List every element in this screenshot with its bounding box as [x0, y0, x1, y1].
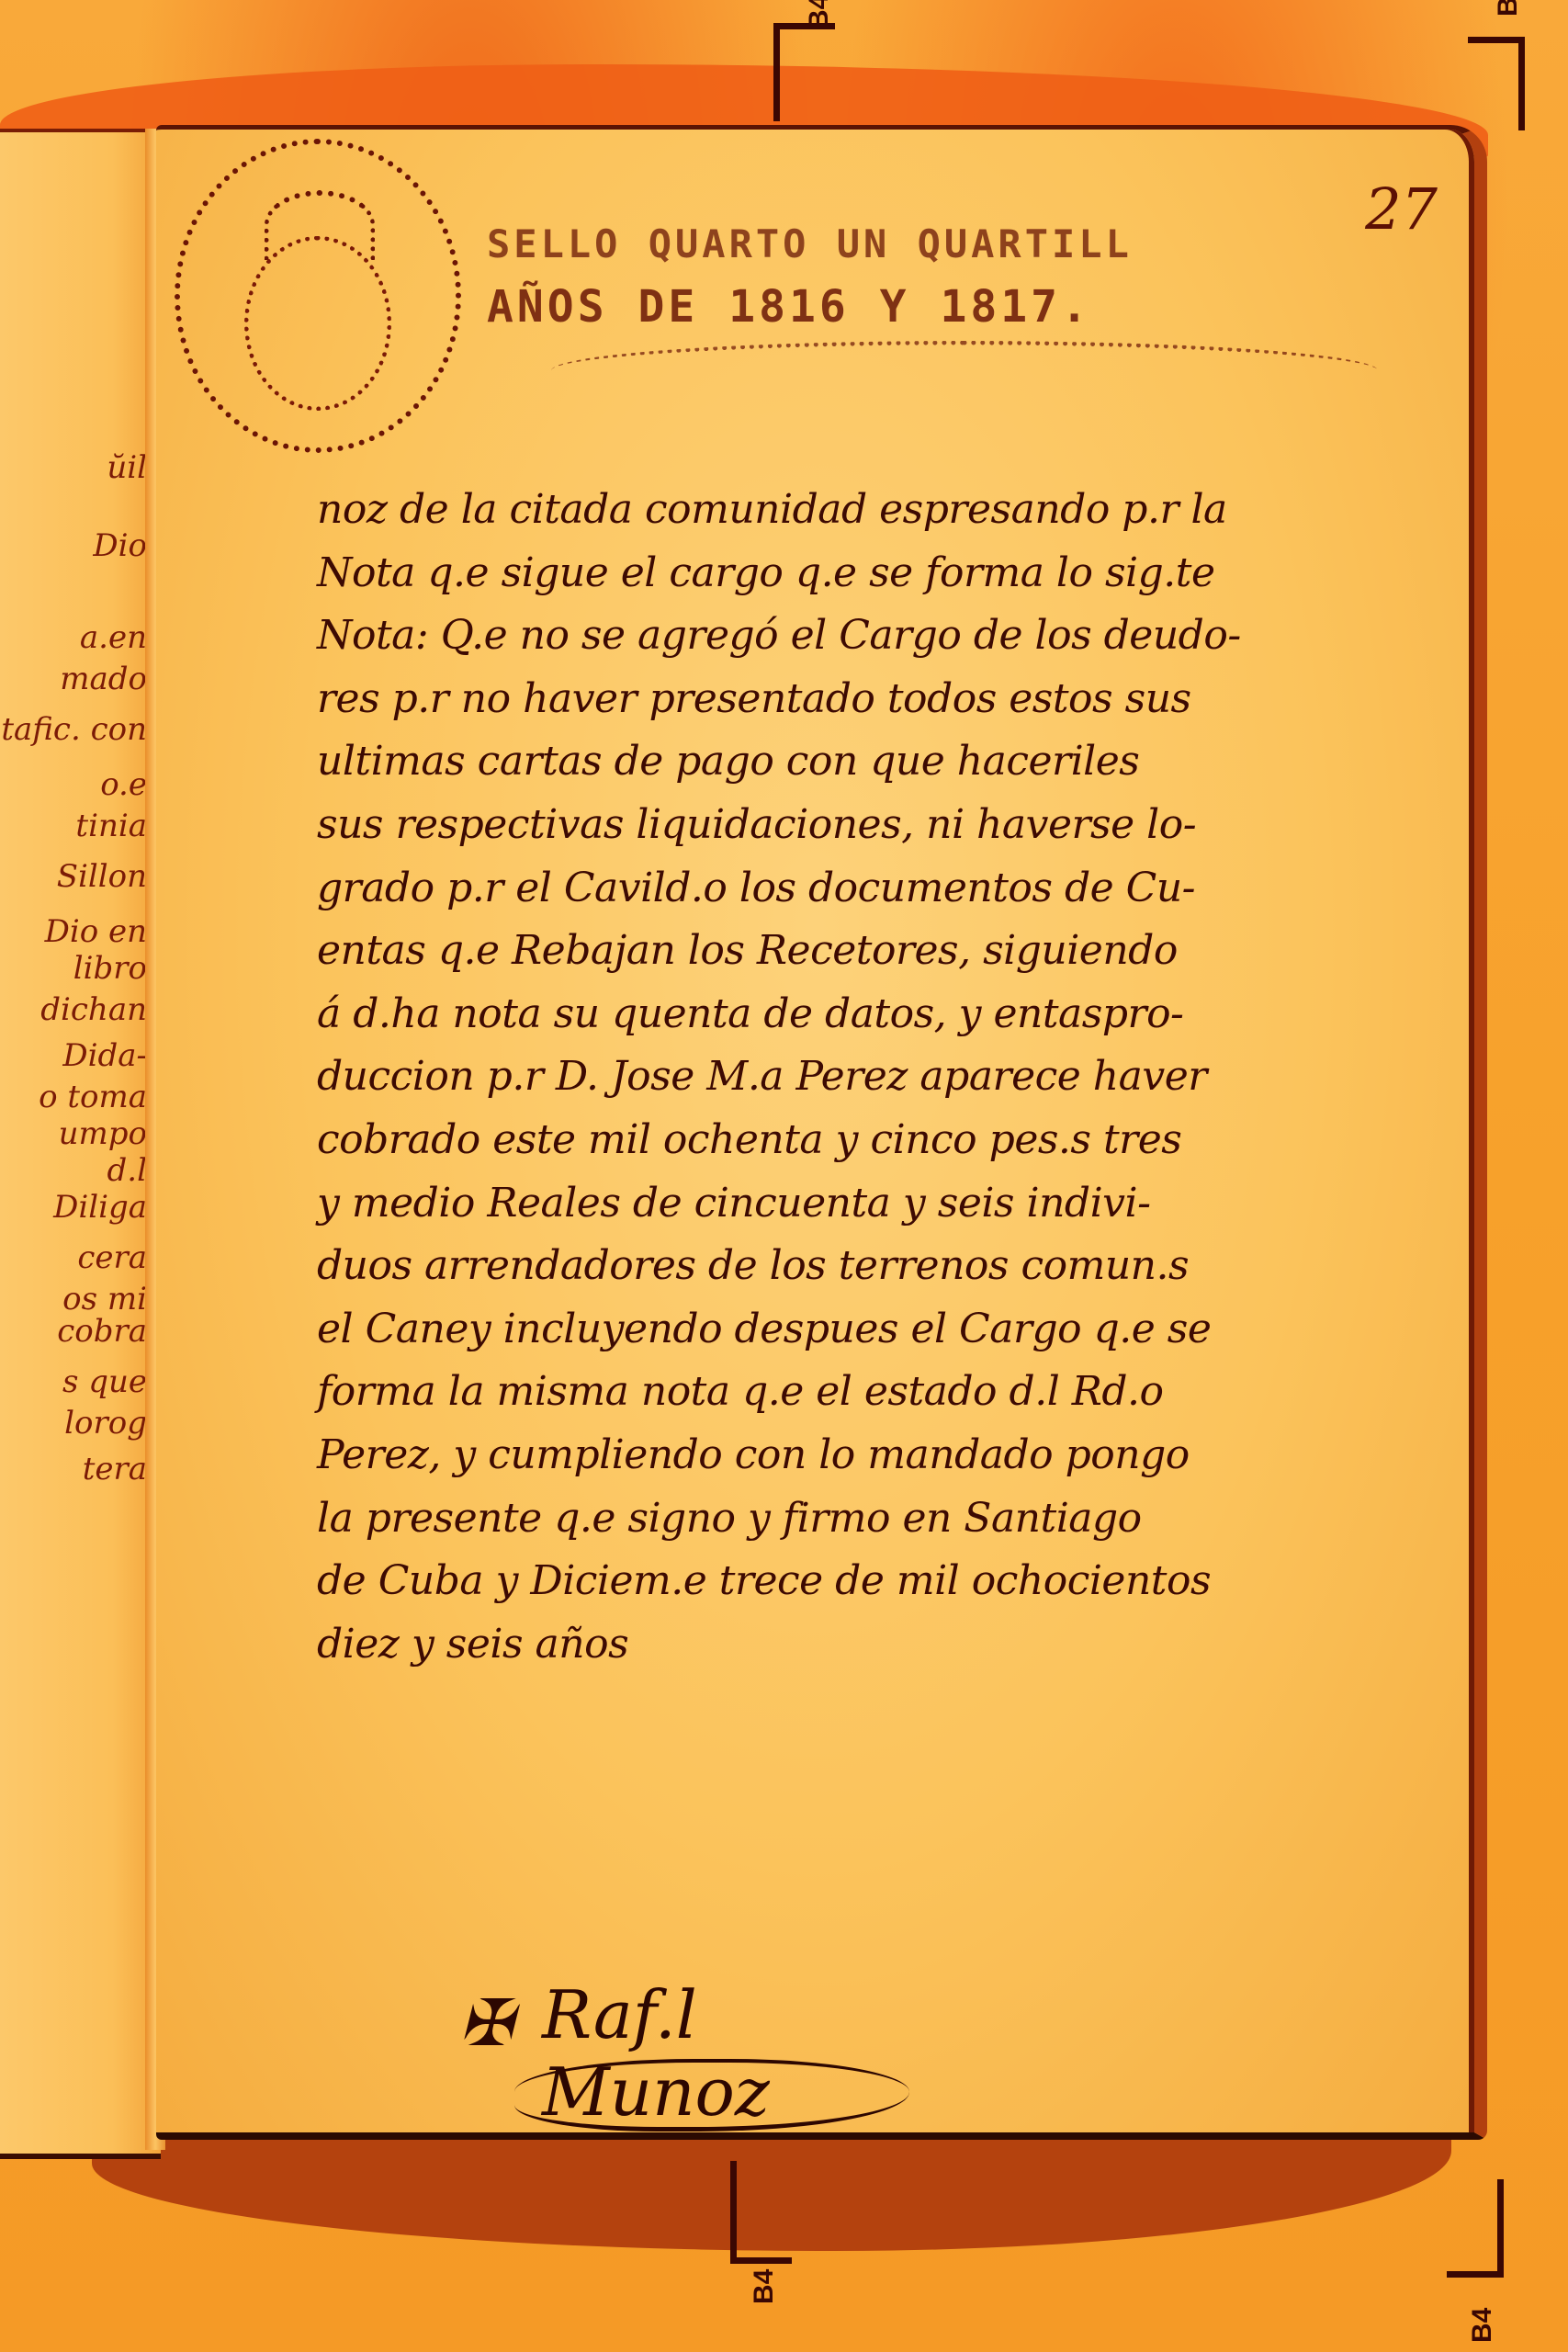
- manuscript-line: entas q.e Rebajan los Recetores, siguien…: [317, 920, 1419, 983]
- manuscript-line: duccion p.r D. Jose M.a Perez aparece ha…: [317, 1046, 1419, 1109]
- crop-mark-bottom-left: [730, 2161, 792, 2264]
- left-page-fragment: o toma: [0, 1079, 147, 1115]
- manuscript-body: noz de la citada comunidad espresando p.…: [317, 479, 1419, 1676]
- left-page-fragment: mado: [0, 661, 147, 697]
- manuscript-line: cobrado este mil ochenta y cinco pes.s t…: [317, 1109, 1419, 1172]
- left-page-fragment: Dio: [0, 527, 147, 564]
- stamp-flourish: [551, 341, 1378, 401]
- crop-mark-bottom-right: [1447, 2179, 1504, 2278]
- manuscript-line: diez y seis años: [317, 1613, 1419, 1677]
- manuscript-line: grado p.r el Cavild.o los documentos de …: [317, 857, 1419, 921]
- left-page-fragment: Dida-: [0, 1037, 147, 1074]
- crop-label-top-left: B4: [804, 0, 835, 29]
- left-page-fragment: tera: [0, 1451, 147, 1487]
- left-page-fragment: Dio en: [0, 913, 147, 950]
- manuscript-line: sus respectivas liquidaciones, ni havers…: [317, 794, 1419, 857]
- left-page-fragment: libro: [0, 950, 147, 987]
- left-page-fragment: cera: [0, 1239, 147, 1276]
- page-number: 27: [1365, 175, 1438, 243]
- left-page-fragment: os mi: [0, 1281, 147, 1317]
- left-page-fragment: a.en: [0, 619, 147, 656]
- stamp-heading-line-2: AÑOS DE 1816 Y 1817.: [487, 281, 1091, 333]
- manuscript-line: á d.ha nota su quenta de datos, y entasp…: [317, 983, 1419, 1046]
- left-page-fragment: tinia: [0, 808, 147, 844]
- manuscript-line: Nota q.e sigue el cargo q.e se forma lo …: [317, 542, 1419, 605]
- left-page-fragment: lorog: [0, 1405, 147, 1442]
- crop-label-bottom-right: B4: [1467, 2308, 1498, 2343]
- right-page: SELLO QUARTO UN QUARTILL AÑOS DE 1816 Y …: [156, 125, 1487, 2140]
- manuscript-line: y medio Reales de cincuenta y seis indiv…: [317, 1172, 1419, 1236]
- manuscript-line: ultimas cartas de pago con que haceriles: [317, 730, 1419, 794]
- crop-mark-top-right: [1468, 37, 1525, 130]
- left-page-fragment: cobra: [0, 1313, 147, 1350]
- manuscript-line: forma la misma nota q.e el estado d.l Rd…: [317, 1361, 1419, 1424]
- notary-sign-icon: ✠: [459, 1985, 513, 2061]
- coat-of-arms-seal-icon: [175, 139, 461, 453]
- crop-mark-top-left: [773, 23, 835, 121]
- left-page: ŭil Dio a.en mado tafic. con o.e tinia S…: [0, 129, 161, 2159]
- manuscript-line: Perez, y cumpliendo con lo mandado pongo: [317, 1424, 1419, 1487]
- manuscript-line: Nota: Q.e no se agregó el Cargo de los d…: [317, 605, 1419, 668]
- shield-icon: [244, 236, 391, 411]
- manuscript-line: res p.r no haver presentado todos estos …: [317, 668, 1419, 731]
- left-page-fragment: Sillon: [0, 858, 147, 895]
- manuscript-line: duos arrendadores de los terrenos comun.…: [317, 1235, 1419, 1298]
- crop-label-top-right: B4: [1493, 0, 1524, 17]
- left-page-fragment: s que: [0, 1363, 147, 1400]
- left-page-fragment: tafic. con: [0, 711, 147, 748]
- manuscript-line: noz de la citada comunidad espresando p.…: [317, 479, 1419, 542]
- stamp-heading-line-1: SELLO QUARTO UN QUARTILL: [487, 221, 1133, 266]
- left-page-fragment: umpo: [0, 1115, 147, 1152]
- signature-block: ✠ Raf.l Munoz: [459, 1930, 937, 2132]
- left-page-fragment: Diliga: [0, 1189, 147, 1226]
- manuscript-line: el Caney incluyendo despues el Cargo q.e…: [317, 1298, 1419, 1362]
- left-page-fragment: o.e: [0, 766, 147, 803]
- left-page-fragment: dichan: [0, 991, 147, 1028]
- manuscript-line: la presente q.e signo y firmo en Santiag…: [317, 1487, 1419, 1551]
- left-page-fragment: ŭil: [0, 449, 147, 486]
- crop-label-bottom-left: B4: [749, 2269, 780, 2304]
- manuscript-line: de Cuba y Diciem.e trece de mil ochocien…: [317, 1550, 1419, 1613]
- left-page-fragment: d.l: [0, 1152, 147, 1189]
